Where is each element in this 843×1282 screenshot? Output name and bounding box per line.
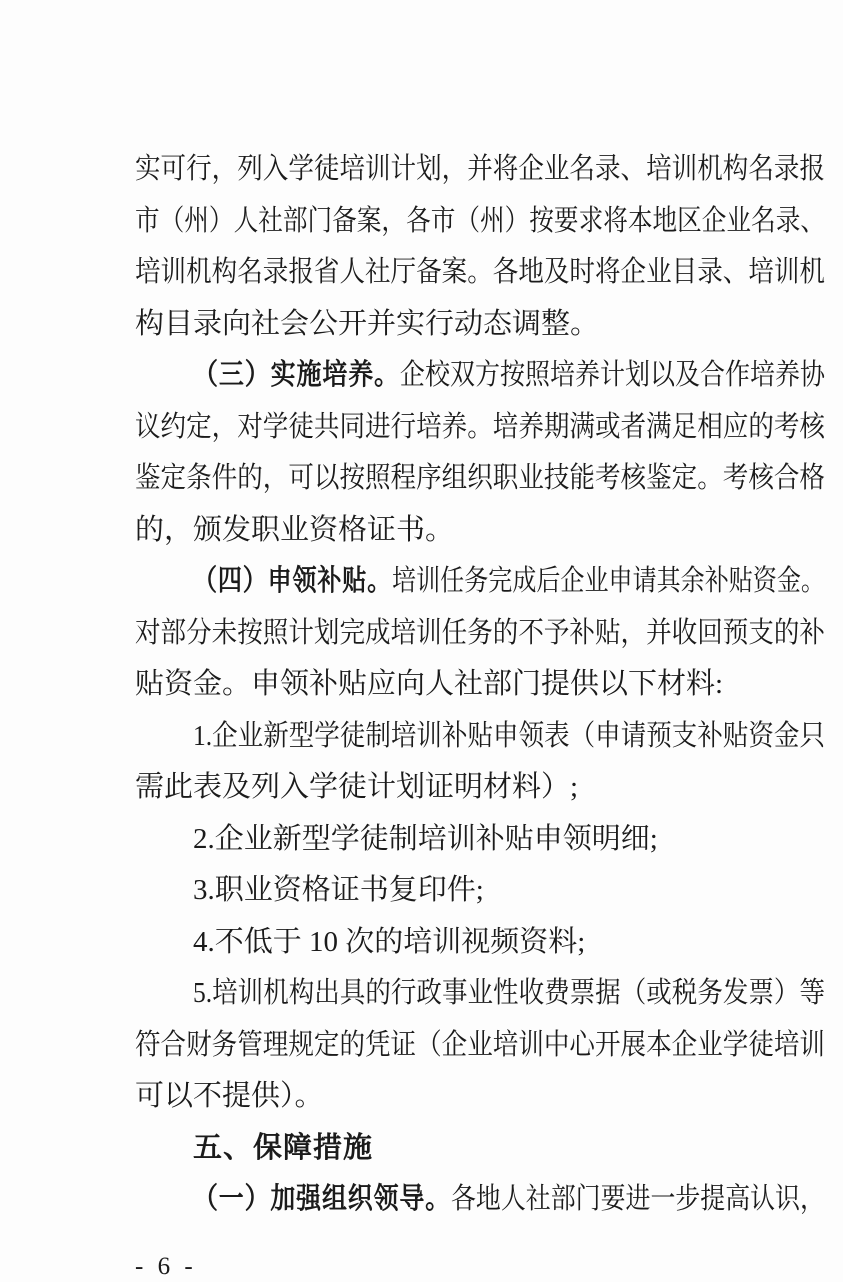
body-text-run: 对部分未按照计划完成培训任务的不予补贴，并收回预支的补 bbox=[135, 617, 825, 649]
text-line: 培训机构名录报省人社厅备案。各地及时将企业目录、培训机 bbox=[135, 247, 825, 299]
text-line-content: （四）申领补贴。培训任务完成后企业申请其余补贴资金。 bbox=[193, 556, 825, 608]
body-text-run: 培训任务完成后企业申请其余补贴资金。 bbox=[392, 565, 825, 597]
text-line: 需此表及列入学徒计划证明材料）; bbox=[135, 762, 825, 814]
text-line: 市（州）人社部门备案，各市（州）按要求将本地区企业名录、 bbox=[135, 196, 825, 248]
body-text-run: 可以不提供）。 bbox=[135, 1080, 324, 1112]
text-line: （一）加强组织领导。各地人社部门要进一步提高认识， bbox=[135, 1174, 825, 1226]
text-line: 1.企业新型学徒制培训补贴申领表（申请预支补贴资金只 bbox=[135, 711, 825, 763]
text-line-content: 4.不低于 10 次的培训视频资料; bbox=[193, 917, 585, 969]
body-text-run: 5.培训机构出具的行政事业性收费票据（或税务发票）等 bbox=[193, 977, 825, 1009]
body-text-run: 市（州）人社部门备案，各市（州）按要求将本地区企业名录、 bbox=[135, 205, 825, 237]
body-text-run: 3.职业资格证书复印件; bbox=[193, 874, 484, 906]
body-text-run: 企校双方按照培养计划以及合作培养协 bbox=[400, 359, 825, 391]
text-line-content: 实可行，列入学徒培训计划，并将企业名录、培训机构名录报 bbox=[135, 144, 825, 196]
body-text: 实可行，列入学徒培训计划，并将企业名录、培训机构名录报市（州）人社部门备案，各市… bbox=[135, 144, 825, 1226]
text-line: 2.企业新型学徒制培训补贴申领明细; bbox=[135, 814, 825, 866]
body-text-run: 4.不低于 10 次的培训视频资料; bbox=[193, 926, 585, 958]
text-line-content: 市（州）人社部门备案，各市（州）按要求将本地区企业名录、 bbox=[135, 196, 825, 248]
text-line: 构目录向社会公开并实行动态调整。 bbox=[135, 299, 825, 351]
text-line: 可以不提供）。 bbox=[135, 1071, 825, 1123]
bold-heading-text: （四）申领补贴。 bbox=[193, 565, 392, 597]
text-line-content: 贴资金。申领补贴应向人社部门提供以下材料: bbox=[135, 659, 723, 711]
text-line: 鉴定条件的，可以按照程序组织职业技能考核鉴定。考核合格 bbox=[135, 453, 825, 505]
text-line-content: 五、保障措施 bbox=[193, 1123, 373, 1175]
text-line-content: 议约定，对学徒共同进行培养。培养期满或者满足相应的考核 bbox=[135, 402, 825, 454]
bold-heading-text: （一）加强组织领导。 bbox=[193, 1183, 451, 1215]
body-text-run: 贴资金。申领补贴应向人社部门提供以下材料: bbox=[135, 668, 723, 700]
text-line-content: 鉴定条件的，可以按照程序组织职业技能考核鉴定。考核合格 bbox=[135, 453, 825, 505]
text-line: 贴资金。申领补贴应向人社部门提供以下材料: bbox=[135, 659, 825, 711]
body-text-run: 1.企业新型学徒制培训补贴申领表（申请预支补贴资金只 bbox=[193, 720, 825, 752]
body-text-run: 符合财务管理规定的凭证（企业培训中心开展本企业学徒培训 bbox=[135, 1029, 825, 1061]
text-line: （四）申领补贴。培训任务完成后企业申请其余补贴资金。 bbox=[135, 556, 825, 608]
text-line-content: （一）加强组织领导。各地人社部门要进一步提高认识， bbox=[193, 1174, 825, 1226]
text-line: （三）实施培养。企校双方按照培养计划以及合作培养协 bbox=[135, 350, 825, 402]
text-line-content: 构目录向社会公开并实行动态调整。 bbox=[135, 299, 599, 351]
text-line-content: 需此表及列入学徒计划证明材料）; bbox=[135, 762, 578, 814]
text-line-content: 的，颁发职业资格证书。 bbox=[135, 505, 454, 557]
text-line-content: 3.职业资格证书复印件; bbox=[193, 865, 484, 917]
text-line: 实可行，列入学徒培训计划，并将企业名录、培训机构名录报 bbox=[135, 144, 825, 196]
text-line-content: 符合财务管理规定的凭证（企业培训中心开展本企业学徒培训 bbox=[135, 1020, 825, 1072]
text-line-content: 培训机构名录报省人社厅备案。各地及时将企业目录、培训机 bbox=[135, 247, 825, 299]
text-line-content: 5.培训机构出具的行政事业性收费票据（或税务发票）等 bbox=[193, 968, 825, 1020]
text-line: 的，颁发职业资格证书。 bbox=[135, 505, 825, 557]
text-line-content: 2.企业新型学徒制培训补贴申领明细; bbox=[193, 814, 658, 866]
text-line-content: 1.企业新型学徒制培训补贴申领表（申请预支补贴资金只 bbox=[193, 711, 825, 763]
body-text-run: 实可行，列入学徒培训计划，并将企业名录、培训机构名录报 bbox=[135, 153, 825, 185]
body-text-run: 构目录向社会公开并实行动态调整。 bbox=[135, 308, 599, 340]
text-line-content: 对部分未按照计划完成培训任务的不予补贴，并收回预支的补 bbox=[135, 608, 825, 660]
body-text-run: 的，颁发职业资格证书。 bbox=[135, 514, 454, 546]
text-line: 5.培训机构出具的行政事业性收费票据（或税务发票）等 bbox=[135, 968, 825, 1020]
body-text-run: 议约定，对学徒共同进行培养。培养期满或者满足相应的考核 bbox=[135, 411, 825, 443]
document-page: 实可行，列入学徒培训计划，并将企业名录、培训机构名录报市（州）人社部门备案，各市… bbox=[0, 0, 843, 1282]
bold-heading-text: 五、保障措施 bbox=[193, 1132, 373, 1164]
text-line-content: （三）实施培养。企校双方按照培养计划以及合作培养协 bbox=[193, 350, 825, 402]
text-line: 议约定，对学徒共同进行培养。培养期满或者满足相应的考核 bbox=[135, 402, 825, 454]
text-line: 对部分未按照计划完成培训任务的不予补贴，并收回预支的补 bbox=[135, 608, 825, 660]
body-text-run: 培训机构名录报省人社厅备案。各地及时将企业目录、培训机 bbox=[135, 256, 825, 288]
text-line: 五、保障措施 bbox=[135, 1123, 825, 1175]
bold-heading-text: （三）实施培养。 bbox=[193, 359, 400, 391]
text-line: 4.不低于 10 次的培训视频资料; bbox=[135, 917, 825, 969]
body-text-run: 鉴定条件的，可以按照程序组织职业技能考核鉴定。考核合格 bbox=[135, 462, 825, 494]
text-line-content: 可以不提供）。 bbox=[135, 1071, 324, 1123]
text-line: 3.职业资格证书复印件; bbox=[135, 865, 825, 917]
body-text-run: 需此表及列入学徒计划证明材料）; bbox=[135, 771, 578, 803]
page-number: - 6 - bbox=[135, 1252, 197, 1282]
body-text-run: 各地人社部门要进一步提高认识， bbox=[451, 1183, 825, 1215]
body-text-run: 2.企业新型学徒制培训补贴申领明细; bbox=[193, 823, 658, 855]
text-line: 符合财务管理规定的凭证（企业培训中心开展本企业学徒培训 bbox=[135, 1020, 825, 1072]
